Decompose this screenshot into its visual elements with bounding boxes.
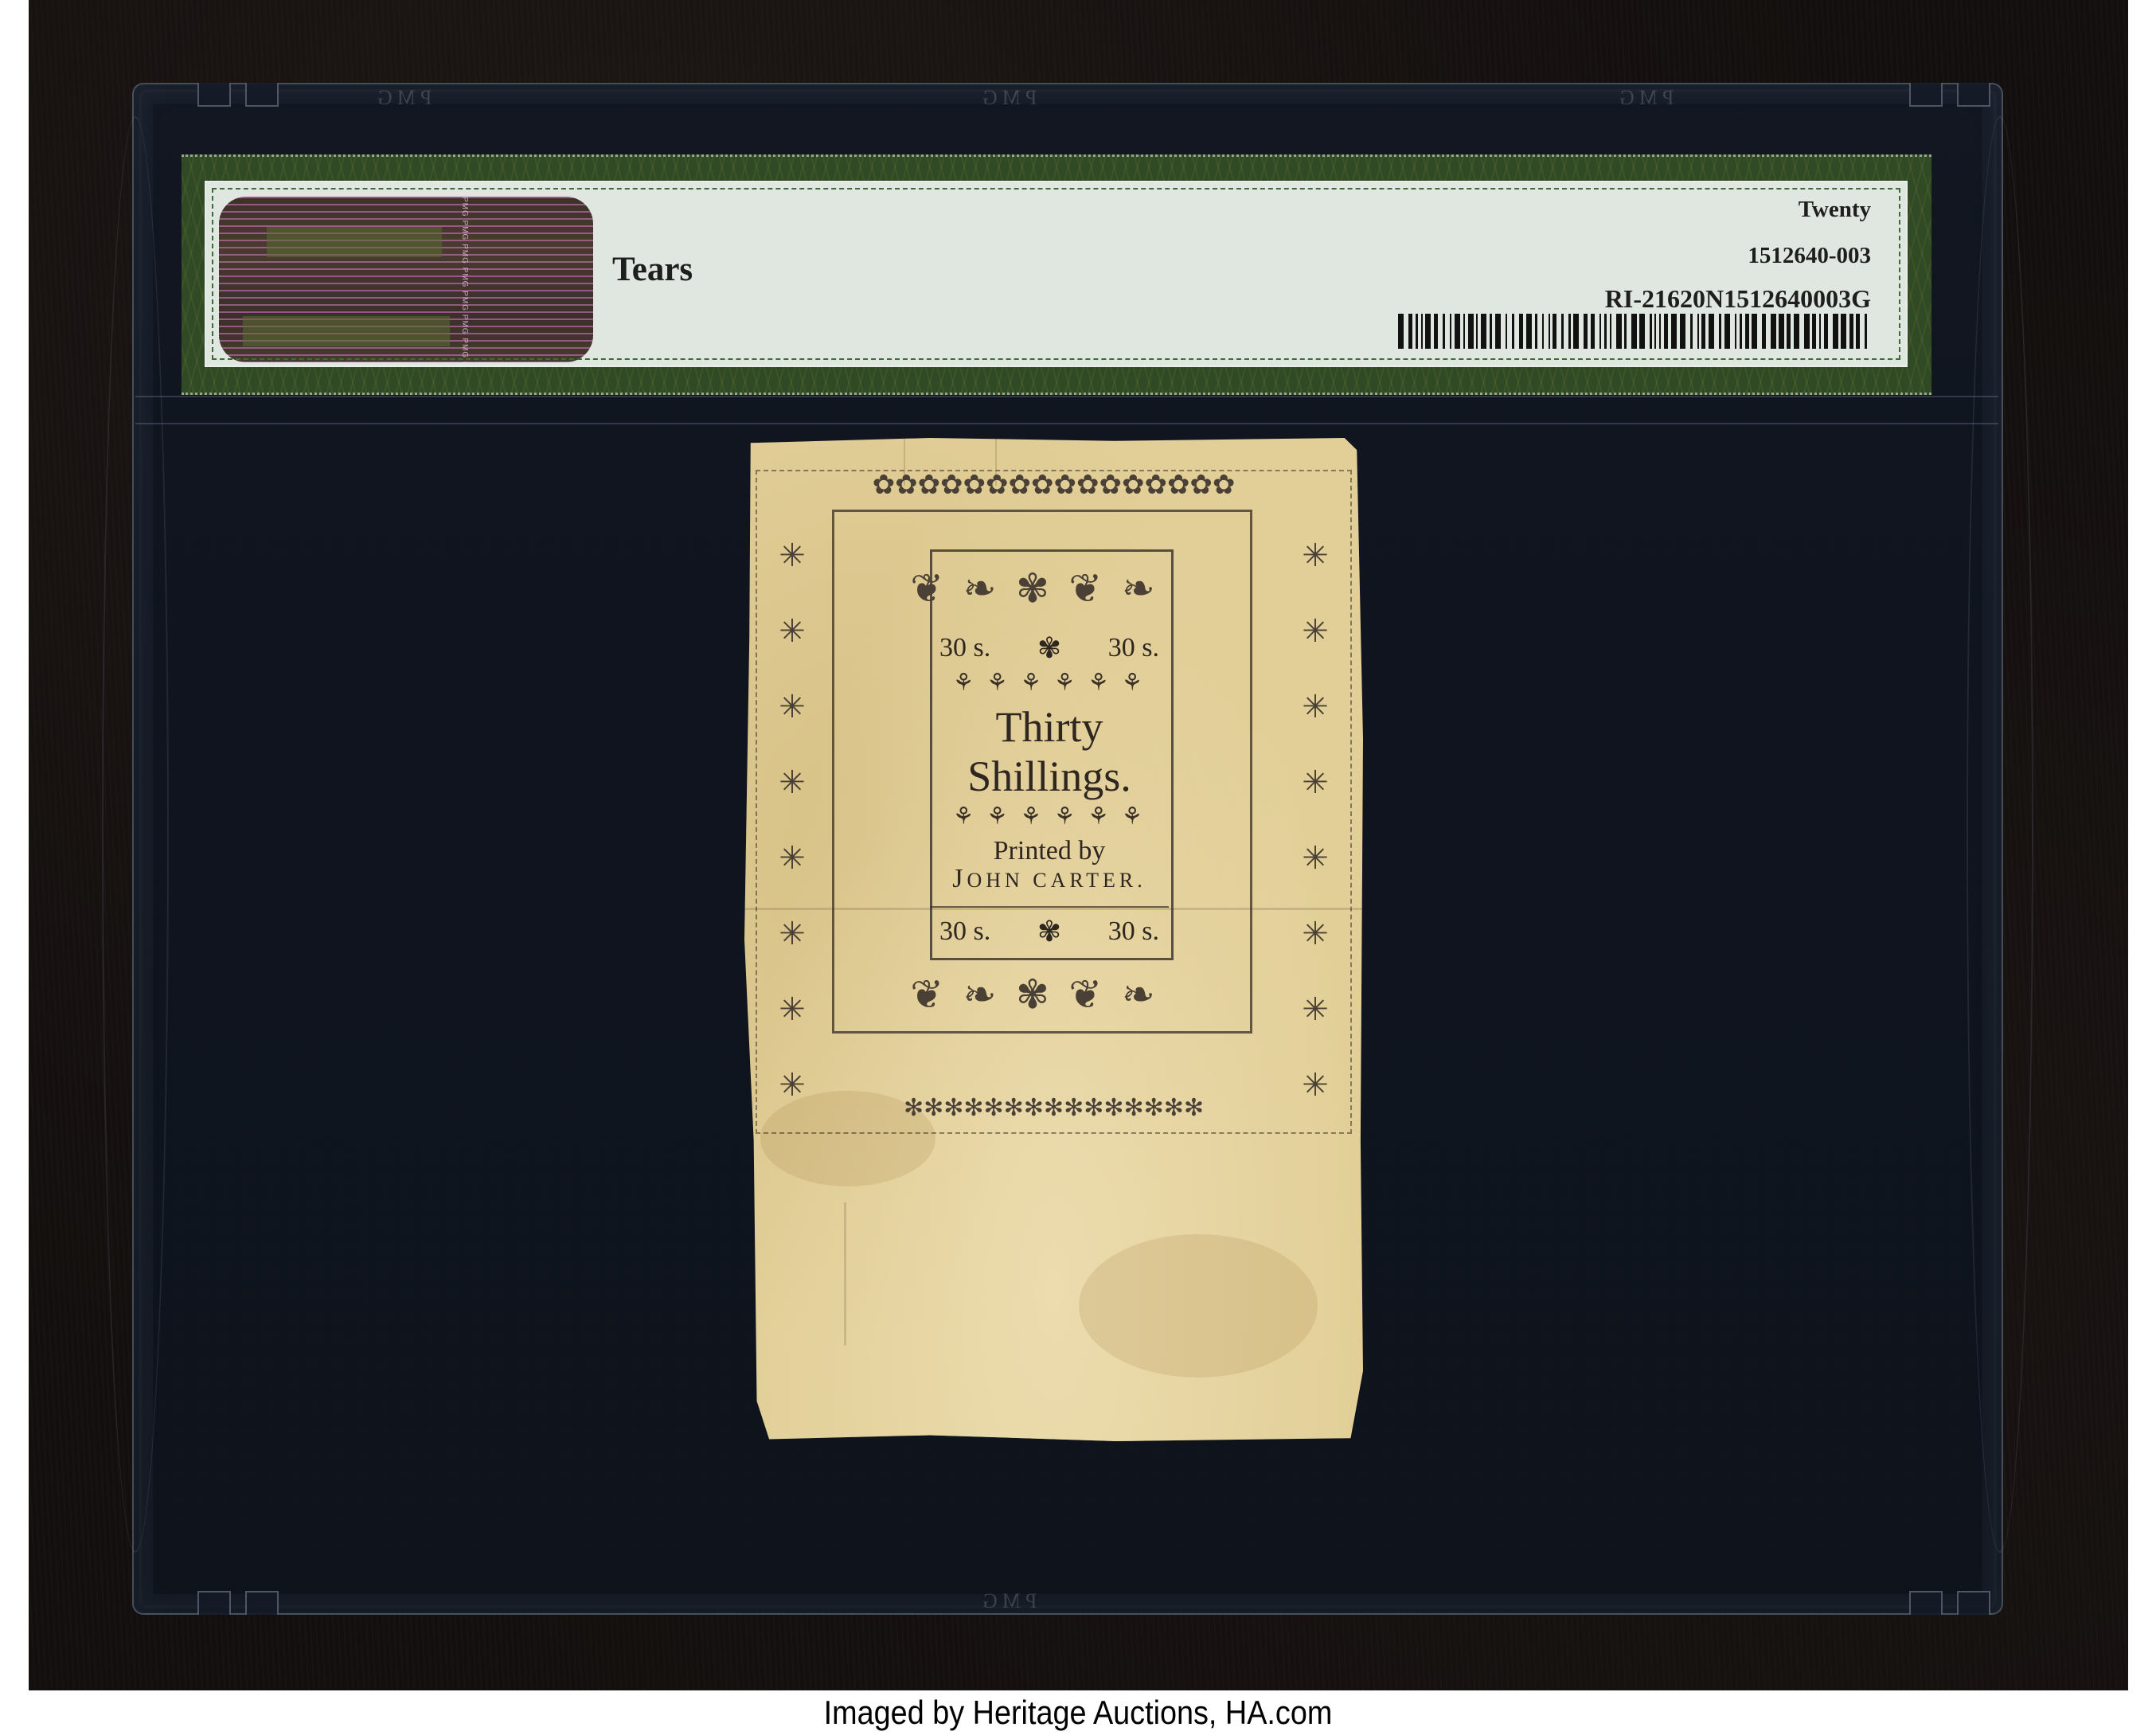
holder-emboss-logo: PMG [978,1592,1037,1610]
barcode-bar [1455,314,1460,349]
denomination-text: Twenty [1799,197,1871,223]
label-inner-panel: PMG PMG PMG PMG PMG PMG PMG PMG PMG PMG … [205,181,1908,367]
barcode-bar [1639,314,1645,349]
barcode-bar [1752,314,1757,349]
fold-crease [844,1202,846,1346]
barcode-bar [1779,314,1784,349]
holder-emboss-logo: PMG [373,89,432,107]
barcode-bar [1434,314,1438,349]
barcode-bar [1697,314,1699,349]
holder-wave-pattern [1967,116,2033,1553]
star-ornament-icon: ✳ [779,1069,806,1101]
barcode-bar [1671,314,1677,349]
barcode-bar [1519,314,1523,349]
holder-notch [245,83,279,107]
barcode-bar [1481,314,1486,349]
barcode-bar [1841,314,1846,349]
holder-emboss-logo: PMG [1615,89,1674,107]
cert-serial-number: 1512640-003 [1748,243,1871,269]
printer-name: JOHN CARTER. [930,866,1169,893]
holder-notch [245,1591,279,1615]
barcode-bar [1599,314,1601,349]
paper-stain [1079,1234,1318,1377]
star-ornament-icon: ✳ [1302,994,1329,1026]
barcode-bar [1573,314,1579,349]
barcode-bar [1631,314,1637,349]
barcode-bar [1610,314,1611,349]
barcode-bar [1690,314,1693,349]
barcode-bar [1787,314,1791,349]
barcode-bar [1745,314,1749,349]
holder-notch [1957,1591,1990,1615]
star-ornament-icon: ✳ [1302,691,1329,723]
holder-notch [197,1591,231,1615]
barcode-bar [1398,314,1404,349]
top-denomination-row: 30 s. ✾ 30 s. [930,629,1169,667]
barcode-bar [1680,314,1685,349]
denomination-left: 30 s. [939,916,990,947]
barcode-bar [1476,314,1478,349]
bottom-denomination-row: 30 s. ✾ 30 s. [930,906,1169,951]
star-ornament-icon: ✳ [779,994,806,1026]
star-ornament-icon: ✳ [779,767,806,799]
top-scroll-ornament: ❦ ❧ ✾ ❦ ❧ [864,565,1206,613]
barcode-bar [1463,314,1465,349]
barcode [1398,314,1871,349]
barcode-bar [1495,314,1501,349]
hologram-band [267,227,442,257]
note-text-panel: 30 s. ✾ 30 s. ⚘ ⚘ ⚘ ⚘ ⚘ ⚘ Thirty Shillin… [930,629,1169,955]
barcode-bar [1724,314,1730,349]
barcode-bar [1616,314,1622,349]
barcode-bar [1735,314,1736,349]
right-ornament-column: ✳ ✳ ✳ ✳ ✳ ✳ ✳ ✳ [1275,518,1355,1123]
barcode-bar [1506,314,1507,349]
barcode-bar [1408,314,1412,349]
barcode-bar [1468,314,1474,349]
leaf-ornament-row: ⚘ ⚘ ⚘ ⚘ ⚘ ⚘ [930,801,1169,833]
grade-comment: Tears [612,250,693,289]
rosette-icon: ✾ [1037,915,1061,948]
barcode-bar [1425,314,1431,349]
barcode-bar [1604,314,1607,349]
star-ornament-icon: ✳ [1302,918,1329,950]
barcode-bar [1771,314,1776,349]
barcode-bar [1856,314,1860,349]
star-ornament-icon: ✳ [1302,615,1329,647]
hologram-band [243,316,450,346]
barcode-bar [1740,314,1742,349]
denomination-right: 30 s. [1108,916,1159,947]
barcode-bar [1849,314,1853,349]
barcode-bar [1421,314,1423,349]
barcode-bar [1664,314,1668,349]
left-ornament-column: ✳ ✳ ✳ ✳ ✳ ✳ ✳ ✳ [752,518,832,1123]
barcode-bar [1659,314,1661,349]
barcode-bar [1719,314,1721,349]
barcode-bar [1450,314,1451,349]
leaf-ornament-row: ⚘ ⚘ ⚘ ⚘ ⚘ ⚘ [930,667,1169,699]
barcode-bar [1812,314,1816,349]
title-line-2: Shillings. [930,752,1169,801]
denomination-left: 30 s. [939,633,990,663]
pmg-hologram: PMG PMG PMG PMG PMG PMG PMG PMG PMG PMG … [219,197,593,362]
printed-by-text: Printed by [930,836,1169,866]
barcode-bar [1584,314,1588,349]
colonial-banknote: ✿✿✿✿✿✿✿✿✿✿✿✿✿✿✿✿ ✻✻✻✻✻✻✻✻✻✻✻✻✻✻✻ ✳ ✳ ✳ ✳… [744,438,1363,1441]
barcode-bar [1654,314,1656,349]
holder-notch [1957,83,1990,107]
barcode-bar [1561,314,1564,349]
star-ornament-icon: ✳ [1302,767,1329,799]
star-ornament-icon: ✳ [1302,1069,1329,1101]
barcode-bar [1568,314,1571,349]
catalog-cert-code: RI-21620N1512640003G [1605,284,1871,314]
barcode-bar [1490,314,1492,349]
star-ornament-icon: ✳ [779,842,806,874]
image-caption: Imaged by Heritage Auctions, HA.com [107,1693,2048,1733]
barcode-bar [1650,314,1652,349]
barcode-bar [1535,314,1537,349]
star-ornament-icon: ✳ [779,918,806,950]
barcode-bar [1526,314,1532,349]
barcode-bar [1865,314,1867,349]
barcode-bar [1549,314,1550,349]
barcode-bar [1794,314,1799,349]
bottom-ornament-row: ✻✻✻✻✻✻✻✻✻✻✻✻✻✻✻ [744,1091,1363,1126]
star-ornament-icon: ✳ [779,615,806,647]
star-ornament-icon: ✳ [1302,842,1329,874]
holder-seal-line [135,423,1998,424]
barcode-bar [1553,314,1556,349]
barcode-bar [1542,314,1544,349]
barcode-bar [1701,314,1705,349]
denomination-right: 30 s. [1108,633,1159,663]
top-ornament-row: ✿✿✿✿✿✿✿✿✿✿✿✿✿✿✿✿ [744,468,1363,503]
title-line-1: Thirty [930,702,1169,752]
barcode-bar [1762,314,1766,349]
holder-notch [197,83,231,107]
barcode-bar [1819,314,1821,349]
holder-notch [1909,83,1943,107]
star-ornament-icon: ✳ [1302,540,1329,572]
barcode-bar [1804,314,1810,349]
rosette-icon: ✾ [1037,631,1061,665]
holder-wave-pattern [102,116,169,1553]
holder-emboss-logo: PMG [978,89,1037,107]
holder-notch [1909,1591,1943,1615]
barcode-bar [1591,314,1595,349]
bottom-scroll-ornament: ❦ ❧ ✾ ❦ ❧ [864,971,1206,1019]
grading-label: PMG PMG PMG PMG PMG PMG PMG PMG PMG PMG … [182,154,1931,395]
barcode-bar [1833,314,1838,349]
barcode-bar [1709,314,1714,349]
hologram-pmg-strip: PMG PMG PMG PMG PMG PMG PMG PMG PMG PMG … [456,197,469,362]
barcode-bar [1624,314,1627,349]
barcode-bar [1512,314,1514,349]
barcode-bar [1443,314,1445,349]
barcode-bar [1416,314,1418,349]
holder-seal-line [135,396,1998,397]
star-ornament-icon: ✳ [779,691,806,723]
star-ornament-icon: ✳ [779,540,806,572]
barcode-bar [1824,314,1828,349]
